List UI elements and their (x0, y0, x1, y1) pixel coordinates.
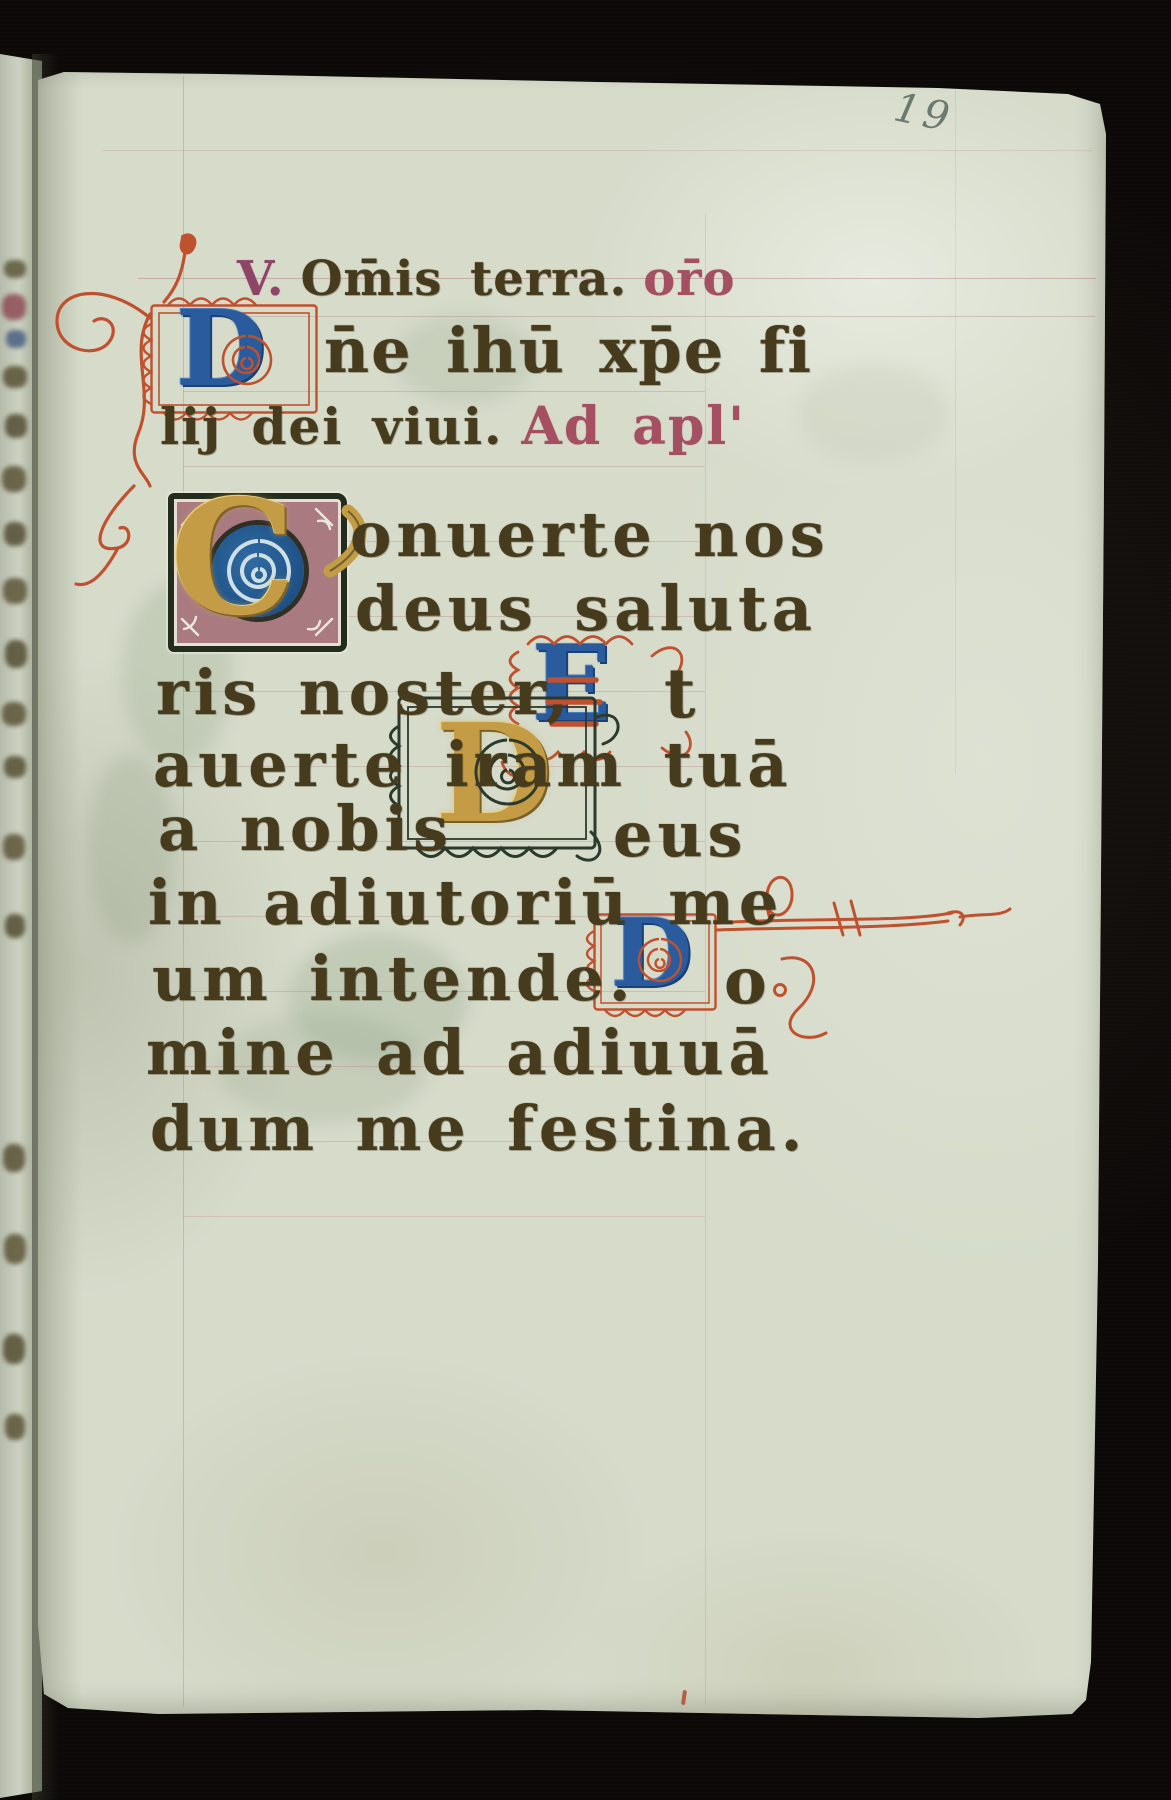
line-text: lij dei viui. (160, 397, 503, 456)
line-text-after-initial: eus (613, 798, 747, 871)
line-text: auerte iram tuā (153, 728, 793, 801)
line-text: Om̄is terra. (301, 251, 628, 307)
text-line: V.Om̄is terra.or̄o (237, 246, 736, 312)
text-line: lij dei viui.Ad apl' (160, 394, 746, 460)
text-line: ris noster, (156, 660, 573, 726)
text-line: deus saluta (355, 576, 817, 642)
photograph-background: 19 D (0, 0, 1171, 1800)
line-text: dum me festina. (150, 1092, 807, 1165)
manuscript-page: 19 D (38, 64, 1110, 1718)
showthrough-text-mark (4, 756, 26, 778)
showthrough-text-mark (2, 466, 26, 492)
initial-letter: C (170, 485, 296, 632)
showthrough-text-mark (5, 914, 25, 938)
showthrough-initial-mark (6, 330, 26, 348)
showthrough-text-mark (3, 578, 27, 604)
showthrough-text-mark (2, 702, 26, 726)
text-line: a nobis (158, 796, 453, 862)
line-text: mine ad adiuuā (146, 1016, 774, 1089)
showthrough-text-mark (4, 522, 26, 546)
text-line: onuerte nos (350, 502, 830, 568)
rubric-text: Ad apl' (521, 396, 746, 457)
line-text: n̄e ihū xp̄e fi (324, 314, 813, 387)
text-line: auerte iram tuā (153, 732, 793, 798)
showthrough-text-mark (3, 1144, 25, 1172)
line-text-after-initial: o (724, 944, 767, 1019)
text-line: um intende. (152, 946, 635, 1012)
rubric-text: or̄o (643, 251, 735, 307)
ruling-baseline (183, 1216, 705, 1217)
vellum-smudge (798, 364, 948, 464)
illuminated-initial-C-conuerte: C (168, 493, 347, 652)
line-text: in adiutoriū me (148, 866, 783, 939)
line-text: onuerte nos (350, 498, 830, 571)
showthrough-text-mark (4, 260, 26, 278)
showthrough-text-mark (3, 366, 27, 388)
showthrough-rubric-mark (2, 294, 26, 320)
showthrough-text-mark (3, 834, 25, 860)
showthrough-text-mark (4, 1234, 26, 1264)
showthrough-text-mark (5, 1414, 25, 1440)
line-text: deus saluta (355, 572, 817, 645)
showthrough-text-mark (5, 414, 27, 438)
ruling-vertical-margin (955, 84, 956, 774)
showthrough-text-mark (5, 640, 27, 668)
text-line: dum me festina. (150, 1096, 807, 1162)
text-line: in adiutoriū me (148, 870, 783, 936)
ruling-horizontal-top (102, 150, 1092, 151)
line-text: um intende. (152, 942, 635, 1015)
red-ink-speck (681, 1690, 687, 1705)
showthrough-text-mark (3, 1334, 25, 1364)
versicle-mark: V. (237, 251, 285, 307)
line-text-after-initial: t (664, 654, 695, 734)
line-text: ris noster, (156, 656, 573, 729)
text-line: n̄e ihū xp̄e fi (324, 318, 813, 384)
line-text: a nobis (158, 792, 453, 865)
folio-number: 19 (890, 84, 957, 141)
text-line: mine ad adiuuā (146, 1020, 774, 1086)
